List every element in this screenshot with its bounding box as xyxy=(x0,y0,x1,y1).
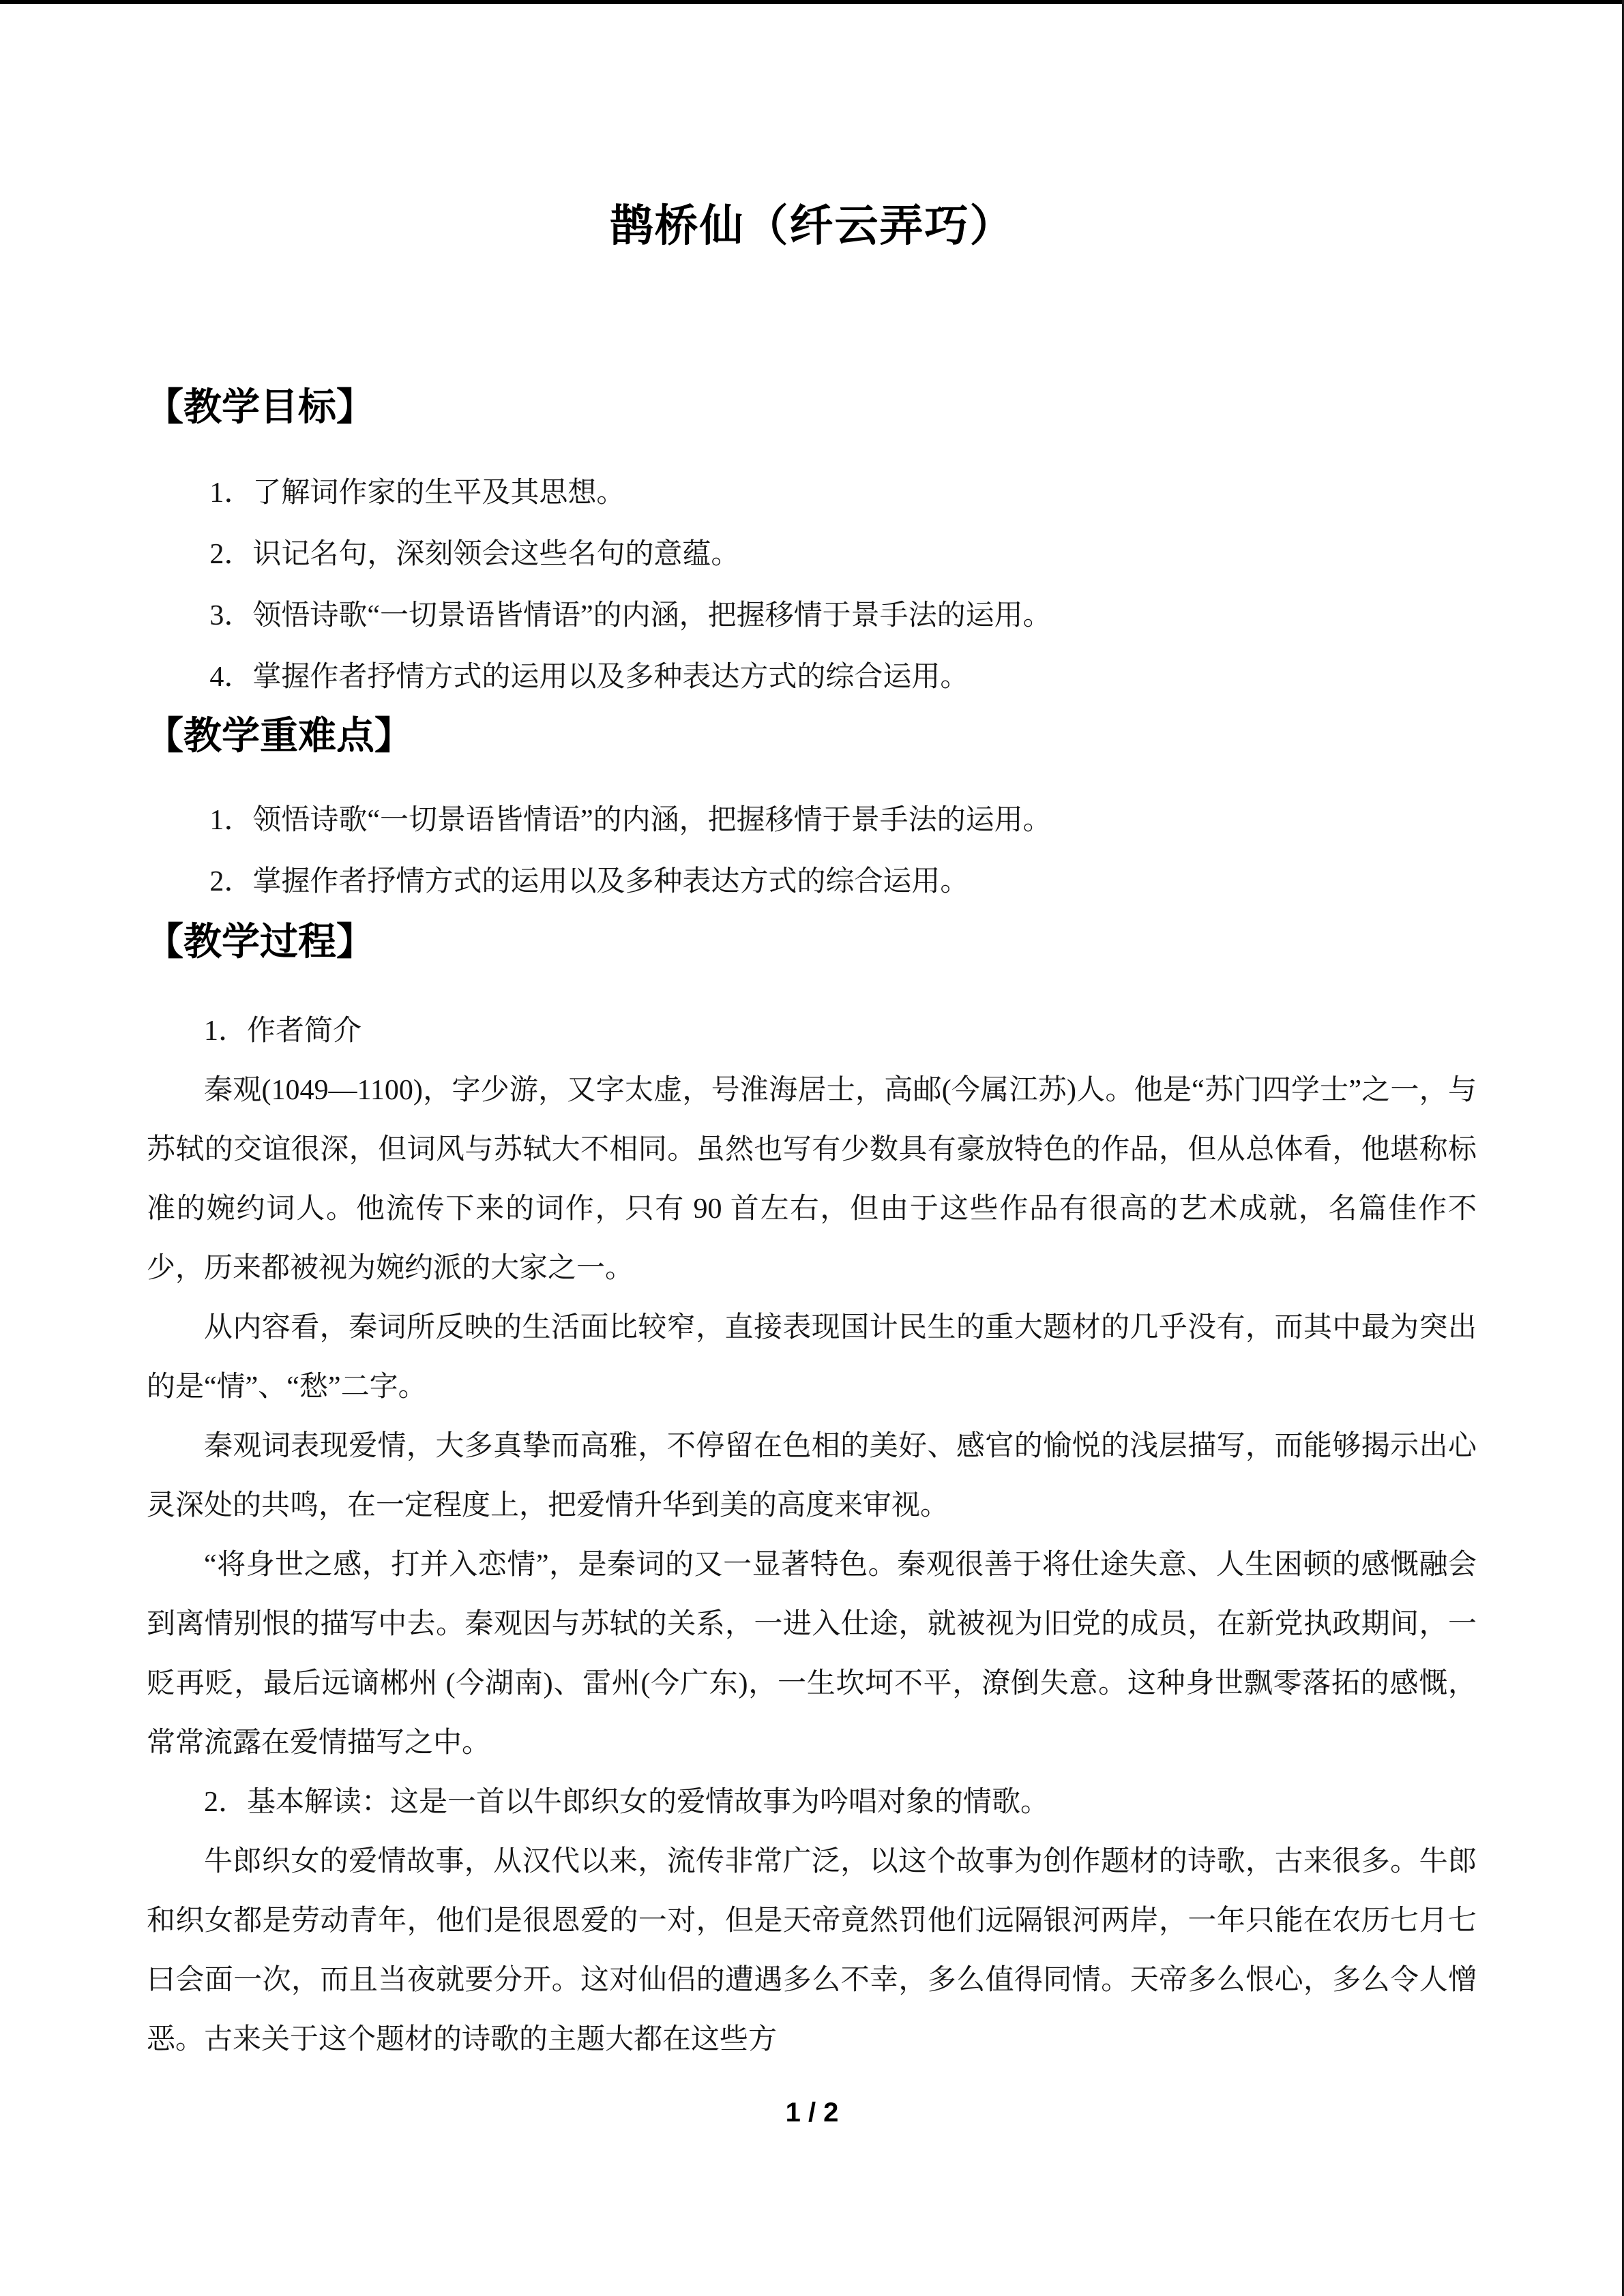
page-number: 1 / 2 xyxy=(0,2096,1624,2129)
key-difficulty-item-2: 2．掌握作者抒情方式的运用以及多种表达方式的综合运用。 xyxy=(147,851,1477,912)
section-heading-teaching-objectives: 【教学目标】 xyxy=(145,386,374,430)
objective-item-1: 1．了解词作家的生平及其思想。 xyxy=(147,462,1477,524)
content-scope-paragraph: 从内容看，秦词所反映的生活面比较窄，直接表现国计民生的重大题材的几乎没有，而其中… xyxy=(147,1298,1477,1417)
document-page: 鹊桥仙（纤云弄巧） 【教学目标】 1．了解词作家的生平及其思想。 2．识记名句，… xyxy=(0,0,1624,2296)
objective-item-4: 4．掌握作者抒情方式的运用以及多种表达方式的综合运用。 xyxy=(147,646,1477,708)
key-difficulties-list: 1．领悟诗歌“一切景语皆情语”的内涵，把握移情于景手法的运用。 2．掌握作者抒情… xyxy=(147,790,1477,912)
section-heading-key-difficulties: 【教学重难点】 xyxy=(145,715,413,758)
author-intro-paragraph: 秦观(1049—1100)，字少游，又字太虚，号淮海居士，高邮(今属江苏)人。他… xyxy=(147,1061,1477,1298)
page-top-border xyxy=(0,0,1624,4)
subsection-basic-interpretation-label: 2．基本解读：这是一首以牛郎织女的爱情故事为吟唱对象的情歌。 xyxy=(147,1773,1477,1832)
love-theme-paragraph: 秦观词表现爱情，大多真挚而高雅，不停留在色相的美好、感官的愉悦的浅层描写，而能够… xyxy=(147,1417,1477,1536)
objective-item-2: 2．识记名句，深刻领会这些名句的意蕴。 xyxy=(147,524,1477,585)
life-experience-paragraph: “将身世之感，打并入恋情”，是秦词的又一显著特色。秦观很善于将仕途失意、人生困顿… xyxy=(147,1536,1477,1773)
subsection-author-intro-label: 1．作者简介 xyxy=(147,1002,1477,1061)
objective-item-3: 3．领悟诗歌“一切景语皆情语”的内涵，把握移情于景手法的运用。 xyxy=(147,585,1477,646)
key-difficulty-item-1: 1．领悟诗歌“一切景语皆情语”的内涵，把握移情于景手法的运用。 xyxy=(147,790,1477,851)
teaching-process-body: 1．作者简介 秦观(1049—1100)，字少游，又字太虚，号淮海居士，高邮(今… xyxy=(147,1002,1477,2070)
section-heading-teaching-process: 【教学过程】 xyxy=(145,921,374,964)
document-title: 鹊桥仙（纤云弄巧） xyxy=(0,202,1624,251)
objectives-list: 1．了解词作家的生平及其思想。 2．识记名句，深刻领会这些名句的意蕴。 3．领悟… xyxy=(147,462,1477,708)
cowherd-weaver-paragraph: 牛郎织女的爱情故事，从汉代以来，流传非常广泛，以这个故事为创作题材的诗歌，古来很… xyxy=(147,1832,1477,2070)
